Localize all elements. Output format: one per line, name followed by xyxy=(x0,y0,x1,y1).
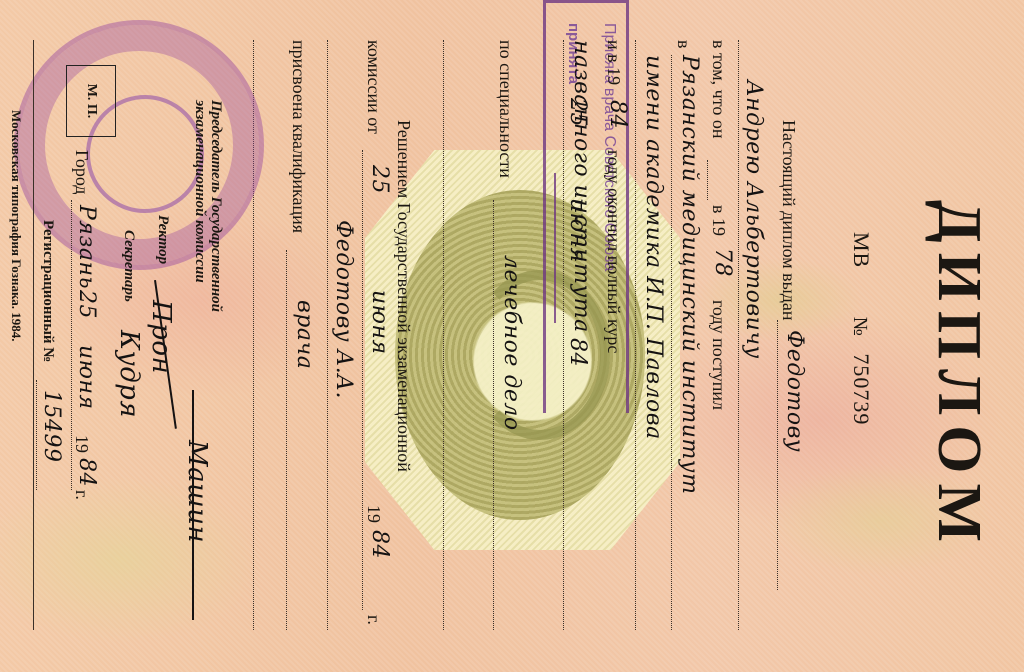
in-that-prefix: в том, что он xyxy=(708,40,729,139)
serial-series: МВ xyxy=(849,232,874,268)
specialty-label: по специальности xyxy=(495,40,516,178)
entered-suffix: году поступил xyxy=(708,300,729,410)
commission-month: июня xyxy=(367,290,392,355)
secretary-signature: Кудря xyxy=(114,330,144,418)
commission-year: 84 xyxy=(367,530,392,559)
oath-year: 84 xyxy=(565,338,590,367)
diploma-sheet: Присяга врача Советского Союза принята 2… xyxy=(0,0,1024,672)
registration-number: 15499 xyxy=(39,390,64,463)
chairman-label-2: экзаменационной комиссии xyxy=(191,100,208,283)
diploma-serial: МВ № 750739 xyxy=(848,232,874,425)
commission-year-suffix: г. xyxy=(363,615,384,625)
city-date-day: 25 xyxy=(74,290,99,319)
holder-names: Андрею Альбертовичу xyxy=(741,80,766,359)
institution-prefix: в xyxy=(673,40,694,49)
secretary-label: Секретарь xyxy=(120,230,137,302)
commission-year-prefix: 19 xyxy=(363,505,384,523)
registration-label: Регистрационный № xyxy=(39,220,56,362)
serial-number-sign: № xyxy=(849,317,871,337)
city-date-month: июня xyxy=(74,345,99,410)
qualification: врача xyxy=(292,300,317,369)
seal-place-label: М. П. xyxy=(83,84,99,119)
institution-line-1: Рязанский медицинский институт xyxy=(677,55,702,494)
decision-line: Решением Государственной экзаменационной xyxy=(393,120,414,472)
city-date-year: 84 xyxy=(74,458,99,487)
serial-number: 750739 xyxy=(849,353,874,425)
city: Рязань xyxy=(74,205,99,289)
graduated-prefix: и в 19 xyxy=(603,40,624,85)
specialty: лечебное дело xyxy=(499,255,524,431)
graduated-year: 84 xyxy=(605,100,630,129)
entered-in: в 19 xyxy=(708,205,729,236)
entered-year: 78 xyxy=(710,248,735,277)
chairman-label-1: Председатель Государственной xyxy=(207,100,224,312)
printer-credit: Московская типография Гознака. 1984. xyxy=(8,110,24,342)
qualification-label: присвоена квалификация xyxy=(288,40,309,233)
document-title: ДИПЛОМ xyxy=(923,200,994,552)
holder-surname: Федотову xyxy=(782,330,807,452)
seal-place-box: М. П. xyxy=(66,65,116,137)
commission-day: 25 xyxy=(367,165,392,194)
rector-label: Ректор xyxy=(154,215,171,264)
graduated-suffix: году окончил полный курс xyxy=(603,150,624,353)
commission-prefix: комиссии от xyxy=(363,40,384,134)
commission-name: Федотову А.А. xyxy=(331,220,356,399)
city-date-year-prefix: 19 xyxy=(71,435,92,453)
chairman-signature: Машин xyxy=(182,440,212,543)
city-date-year-suffix: г. xyxy=(71,490,92,500)
institution-line-2: имени академика И.П. Павлова xyxy=(641,55,666,440)
city-label: Город xyxy=(71,150,92,194)
issued-prefix: Настоящий диплом выдан xyxy=(778,120,799,321)
institution-line-3: названного института xyxy=(569,40,594,333)
